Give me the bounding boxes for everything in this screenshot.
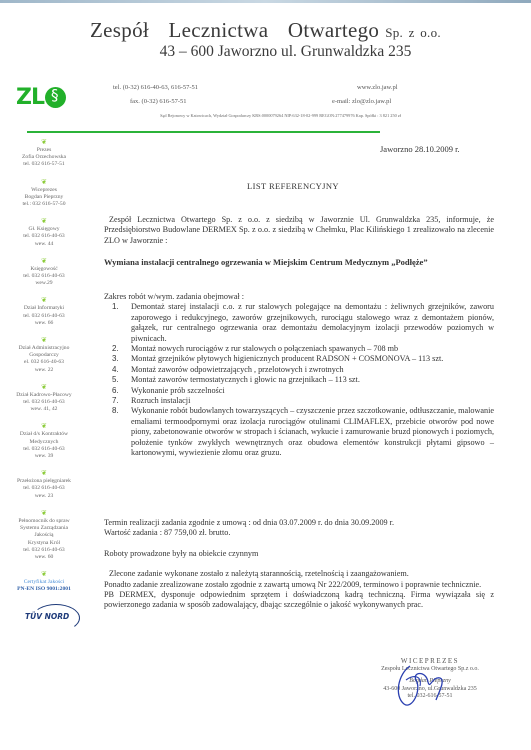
work-item-text: Montaż nowych rurociągów z rur stalowych… [131, 344, 494, 354]
sidebar-contact-line: wew. 39 [0, 453, 88, 460]
registry-info: Sąd Rejonowy w Katowicach, Wydział Gospo… [0, 113, 531, 118]
sidebar-contact-line: tel. 032 616-40-63 [0, 273, 88, 280]
sidebar-contact-line: tel. 032 616-40-63 [0, 233, 88, 240]
leaf-icon: ❦ [0, 509, 88, 517]
work-item-text: Montaż zaworów odpowietrzających , przel… [131, 365, 494, 375]
work-item-number: 1. [104, 302, 131, 344]
sidebar-contact-line: Jakością [0, 532, 88, 539]
work-item-text: Demontaż starej instalacji c.o. z rur st… [131, 302, 494, 344]
sidebar-contact-line: Zofia Orzechowska [0, 154, 88, 161]
sidebar-contact-line: tel. 032 616-40-63 [0, 446, 88, 453]
email-link[interactable]: e-mail: zlo@zlo.jaw.pl [332, 98, 391, 105]
sidebar-contact-line: Systemu Zarządzania [0, 525, 88, 532]
sidebar-contact-entry: ❦Dział d/s KontraktówMedycznychtel. 032 … [0, 422, 88, 460]
work-item: 1.Demontaż starej instalacji c.o. z rur … [104, 302, 494, 344]
work-item-number: 4. [104, 365, 131, 375]
tuv-nord-logo: TÜV NORD [0, 604, 88, 630]
work-item-number: 5. [104, 375, 131, 385]
value-line: Wartość zadania : 87 759,00 zł. brutto. [104, 528, 494, 538]
scope-section: Zakres robót w/wym. zadania obejmował : … [104, 292, 494, 459]
company-form: Sp. z o.o. [385, 25, 441, 40]
leaf-icon: ❦ [0, 336, 88, 344]
work-item-number: 6. [104, 386, 131, 396]
work-item-text: Rozruch instalacji [131, 396, 494, 406]
work-item-text: Montaż grzejników płytowych higienicznyc… [131, 354, 494, 364]
phone-number: tel. (0-32) 616-40-63, 616-57-51 [113, 84, 198, 91]
intro-paragraph: Zespół Lecznictwa Otwartego Sp. z o.o. z… [104, 215, 494, 246]
sidebar-contact-line: Dział Informatyki [0, 305, 88, 312]
website-link[interactable]: www.zlo.jaw.pl [357, 84, 398, 91]
work-item-number: 8. [104, 406, 131, 458]
sidebar-contact-entry: ❦Dział Kadrowo-Płacowytel. 032 616-40-63… [0, 383, 88, 414]
sidebar-contact-line: Dział d/s Kontraktów [0, 431, 88, 438]
work-item: 8.Wykonanie robót budowlanych towarzyszą… [104, 406, 494, 458]
project-title: Wymiana instalacji centralnego ogrzewani… [104, 257, 494, 267]
leaf-icon: ❦ [0, 257, 88, 265]
work-item-text: Wykonanie prób szczelności [131, 386, 494, 396]
sidebar-contact-line: Bogdan Pieprzny [0, 194, 88, 201]
sidebar-contact-line: Medycznych [0, 439, 88, 446]
certifier-name: TÜV NORD [25, 613, 69, 620]
sidebar-contact-line: wew. 44 [0, 241, 88, 248]
sidebar-contact-entry: ❦PrezesZofia Orzechowskatel. 032 616-57-… [0, 138, 88, 169]
works-list: 1.Demontaż starej instalacji c.o. z rur … [104, 302, 494, 458]
sidebar-contact-line: wew. 60 [0, 554, 88, 561]
leaf-icon: ❦ [0, 217, 88, 225]
letter-title: LIST REFERENCYJNY [0, 181, 531, 191]
leaf-icon: ❦ [0, 570, 88, 578]
sidebar-contact-line: Księgowość [0, 266, 88, 273]
sidebar-contact-line: Dział Kadrowo-Płacowy [0, 392, 88, 399]
sidebar-contact-line: wew. 41, 42 [0, 406, 88, 413]
closing-1: Zlecone zadanie wykonane zostało z należ… [104, 569, 494, 579]
sidebar-contact-line: tel.: 032 616-57-50 [0, 201, 88, 208]
closing-3: PB DERMEX, dysponuje odpowiednim sprzęte… [104, 590, 494, 611]
handwritten-signature-icon [392, 660, 452, 710]
sidebar-contact-line: tel. 032 616-40-63 [0, 313, 88, 320]
sidebar-contact-line: Krystyna Król [0, 540, 88, 547]
sidebar-contact-entry: ❦Przełożona pielęgniarektel. 032 616-40-… [0, 469, 88, 500]
company-name: Zespół Lecznictwa OtwartegoSp. z o.o. [0, 18, 531, 43]
sidebar-contact-entry: ❦Księgowośćtel. 032 616-40-63wew.29 [0, 257, 88, 288]
company-name-text: Zespół Lecznictwa Otwartego [90, 18, 379, 42]
sidebar-contact-line: el. 032 616-40-63 [0, 359, 88, 366]
work-item: 2.Montaż nowych rurociągów z rur stalowy… [104, 344, 494, 354]
sidebar-contact-line: wew.29 [0, 280, 88, 287]
leaf-icon: ❦ [0, 138, 88, 146]
sidebar-contact-line: Pełnomocnik do spraw [0, 518, 88, 525]
contacts-sidebar: ❦PrezesZofia Orzechowskatel. 032 616-57-… [0, 138, 88, 630]
sidebar-contact-line: wew. 23 [0, 493, 88, 500]
header-divider [27, 131, 380, 133]
work-item: 6.Wykonanie prób szczelności [104, 386, 494, 396]
sidebar-contact-line: wew. 22 [0, 367, 88, 374]
certificate-standard: PN-EN ISO 9001:2001 [0, 586, 88, 593]
active-site-line: Roboty prowadzone były na obiekcie czynn… [104, 549, 494, 559]
work-item: 5.Montaż zaworów termostatycznych i głow… [104, 375, 494, 385]
closing-2: Ponadto zadanie zrealizowane zostało zgo… [104, 580, 494, 590]
company-address: 43 – 600 Jaworzno ul. Grunwaldzka 235 [0, 43, 531, 61]
sidebar-contact-line: tel. 032 616-40-63 [0, 399, 88, 406]
logo-caduceus-icon [45, 87, 66, 108]
work-item-number: 7. [104, 396, 131, 406]
leaf-icon: ❦ [0, 296, 88, 304]
intro-text: Zespół Lecznictwa Otwartego Sp. z o.o. z… [104, 215, 494, 245]
sidebar-contact-entry: ❦Dział AdministracyjnoGospodarczyel. 032… [0, 336, 88, 374]
zlo-logo: ZL [16, 85, 66, 110]
sidebar-contact-line: tel. 032 616-57-51 [0, 161, 88, 168]
work-item-number: 3. [104, 354, 131, 364]
work-item-text: Montaż zaworów termostatycznych i głowic… [131, 375, 494, 385]
sidebar-contact-line: tel. 032 616-40-63 [0, 547, 88, 554]
sidebar-contact-line: Gospodarczy [0, 352, 88, 359]
sidebar-contact-line: tel. 032 616-40-63 [0, 485, 88, 492]
fax-number: fax. (0-32) 616-57-51 [130, 98, 187, 105]
sidebar-contact-entry: ❦Gł. Księgowytel. 032 616-40-63wew. 44 [0, 217, 88, 248]
work-item: 7.Rozruch instalacji [104, 396, 494, 406]
work-item-number: 2. [104, 344, 131, 354]
leaf-icon: ❦ [0, 383, 88, 391]
terms-section: Termin realizacji zadania zgodnie z umow… [104, 518, 494, 611]
work-item-text: Wykonanie robót budowlanych towarzyszący… [131, 406, 494, 458]
term-line: Termin realizacji zadania zgodnie z umow… [104, 518, 494, 528]
sidebar-contact-entry: ❦Pełnomocnik do sprawSystemu Zarządzania… [0, 509, 88, 561]
scan-edge [0, 0, 531, 3]
place-date: Jaworzno 28.10.2009 r. [380, 144, 460, 154]
sidebar-contact-line: Dział Administracyjno [0, 345, 88, 352]
work-item: 4.Montaż zaworów odpowietrzających , prz… [104, 365, 494, 375]
sidebar-contact-line: wew. 66 [0, 320, 88, 327]
leaf-icon: ❦ [0, 469, 88, 477]
certificate-label: Certyfikat Jakości [0, 579, 88, 586]
logo-text: ZL [16, 85, 44, 110]
leaf-icon: ❦ [0, 422, 88, 430]
work-item: 3.Montaż grzejników płytowych higieniczn… [104, 354, 494, 364]
sidebar-contact-line: Przełożona pielęgniarek [0, 478, 88, 485]
scope-intro: Zakres robót w/wym. zadania obejmował : [104, 292, 494, 302]
sidebar-contact-line: Gł. Księgowy [0, 226, 88, 233]
sidebar-contact-entry: ❦Dział Informatykitel. 032 616-40-63wew.… [0, 296, 88, 327]
